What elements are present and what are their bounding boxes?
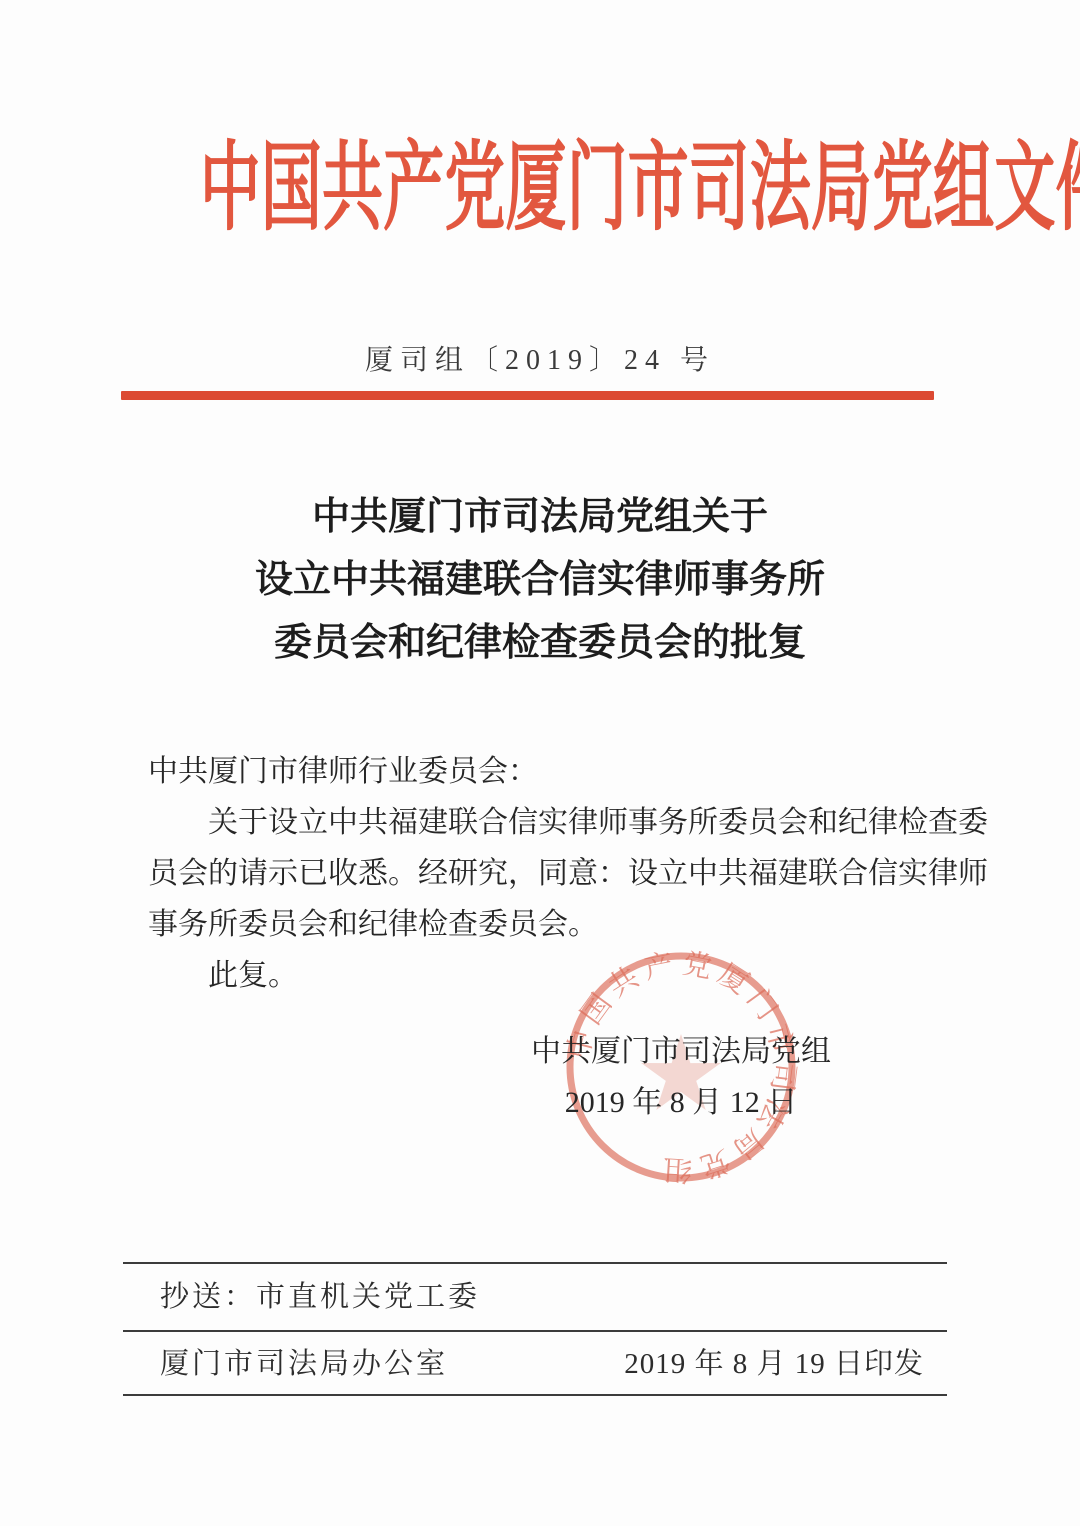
- paragraph-line-1: 关于设立中共福建联合信实律师事务所委员会和纪律检查委: [148, 797, 1008, 848]
- cc-line: 抄送：市直机关党工委: [160, 1277, 480, 1317]
- issuing-office: 厦门市司法局办公室: [160, 1344, 448, 1384]
- red-header-org-title: 中国共产党厦门市司法局党组文件: [200, 138, 880, 240]
- print-date: 2019 年 8 月 19 日印发: [624, 1344, 924, 1384]
- footer-rule-top: [123, 1262, 947, 1264]
- red-divider-line: [121, 391, 934, 400]
- document-title-line-3: 委员会和纪律检查委员会的批复: [0, 612, 1080, 675]
- paragraph-line-2: 员会的请示已收悉。经研究，同意：设立中共福建联合信实律师: [148, 848, 948, 899]
- document-number: 厦司组〔2019〕24 号: [0, 338, 1080, 378]
- salutation-line: 中共厦门市律师行业委员会：: [148, 746, 948, 797]
- footer-rule-bottom: [123, 1394, 947, 1396]
- signature-organization: 中共厦门市司法局党组: [528, 1026, 834, 1077]
- document-page: 中国共产党厦门市司法局党组文件 厦司组〔2019〕24 号 中共厦门市司法局党组…: [0, 0, 1080, 1526]
- document-title-line-2: 设立中共福建联合信实律师事务所: [0, 549, 1080, 612]
- paragraph-line-3: 事务所委员会和纪律检查委员会。: [148, 899, 948, 950]
- document-title-line-1: 中共厦门市司法局党组关于: [0, 486, 1080, 549]
- document-title: 中共厦门市司法局党组关于 设立中共福建联合信实律师事务所 委员会和纪律检查委员会…: [0, 486, 1080, 675]
- signature-date: 2019 年 8 月 12 日: [528, 1077, 834, 1128]
- footer-rule-middle: [123, 1330, 947, 1332]
- closing-line: 此复。: [148, 950, 1008, 1001]
